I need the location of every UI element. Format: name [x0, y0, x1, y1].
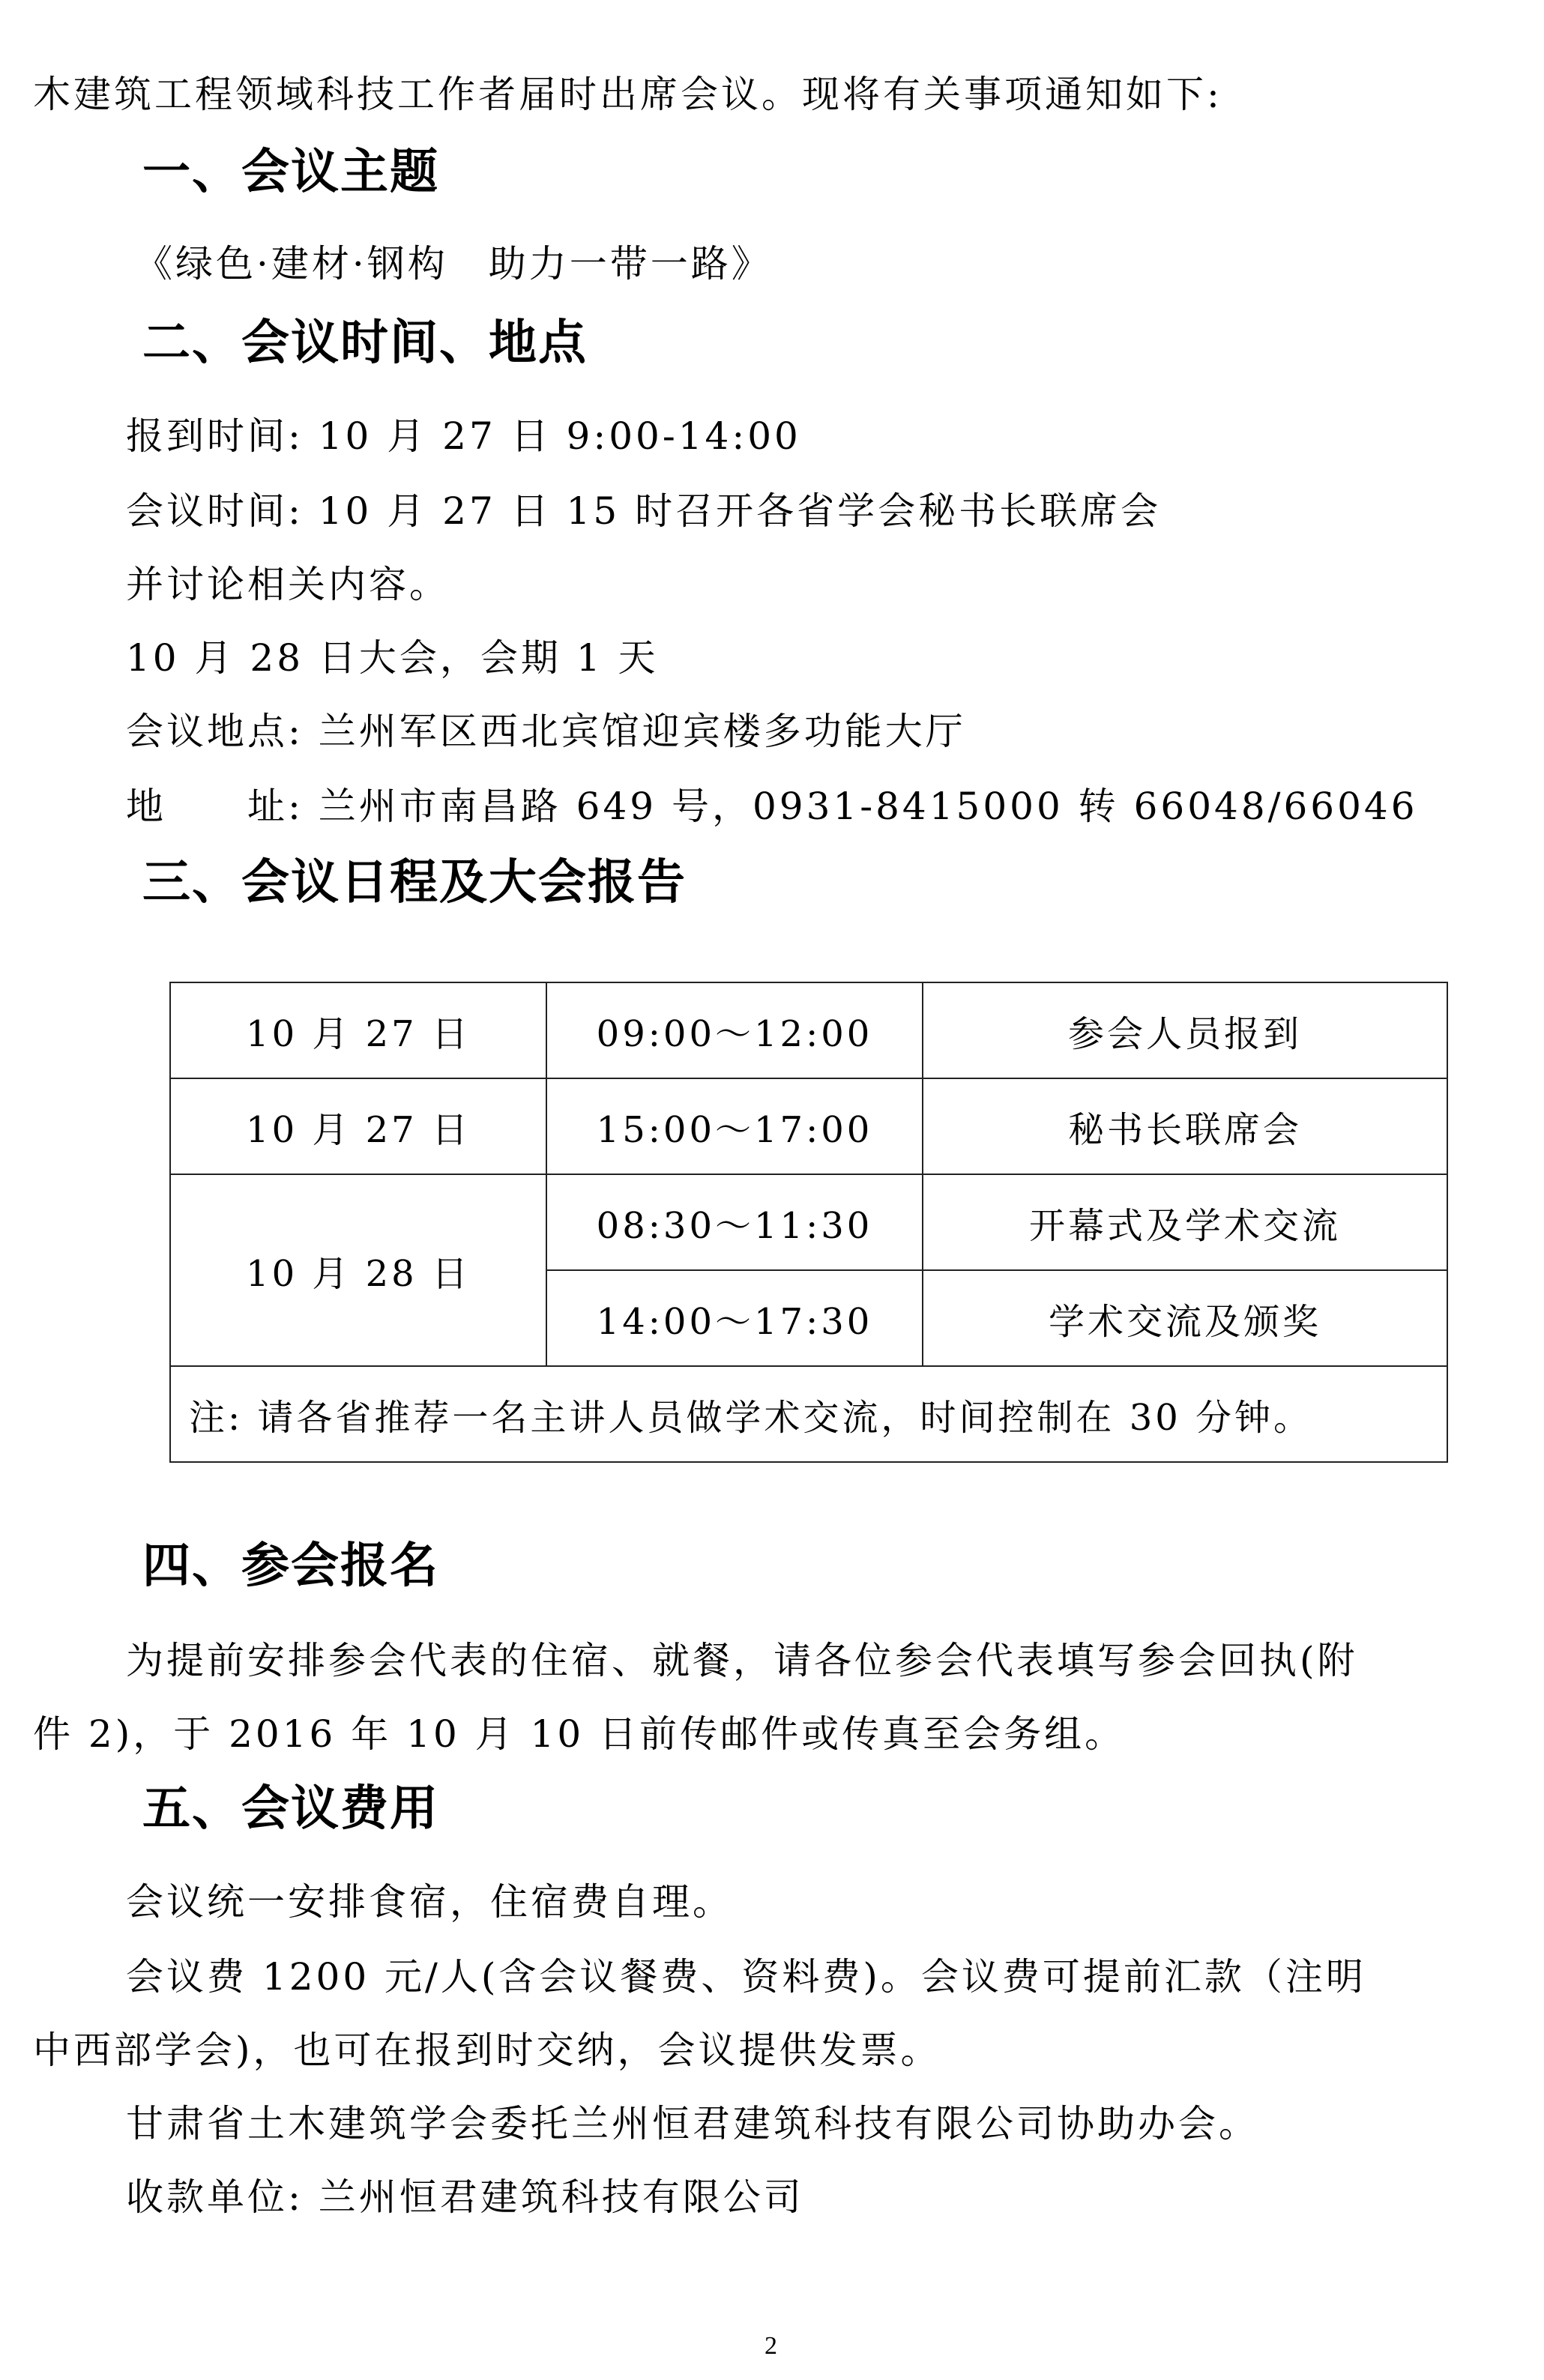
conference-theme: 《绿色·建材·钢构 助力一带一路》 — [135, 241, 772, 286]
time-cell: 09:00～12:00 — [546, 982, 923, 1078]
event-cell: 参会人员报到 — [923, 982, 1447, 1078]
table-note-row: 注: 请各省推荐一名主讲人员做学术交流，时间控制在 30 分钟。 — [170, 1366, 1447, 1462]
main-meeting-date: 10 月 28 日大会，会期 1 天 — [126, 635, 659, 680]
event-cell: 学术交流及颁奖 — [923, 1270, 1447, 1366]
fees-line3: 中西部学会)，也可在报到时交纳，会议提供发票。 — [33, 2028, 941, 2073]
meeting-time: 会议时间: 10 月 27 日 15 时召开各省学会秘书长联席会 — [126, 489, 1161, 534]
time-cell: 14:00～17:30 — [546, 1270, 923, 1366]
fees-line2: 会议费 1200 元/人(含会议餐费、资料费)。会议费可提前汇款（注明 — [126, 1954, 1366, 1999]
event-cell: 秘书长联席会 — [923, 1078, 1447, 1174]
section-heading-schedule: 三、会议日程及大会报告 — [142, 854, 687, 911]
fees-line4: 甘肃省土木建筑学会委托兰州恒君建筑科技有限公司协助办会。 — [126, 2101, 1259, 2146]
date-cell: 10 月 27 日 — [170, 982, 546, 1078]
page-number: 2 — [765, 2332, 777, 2361]
registration-para-line2: 件 2)，于 2016 年 10 月 10 日前传邮件或传真至会务组。 — [33, 1712, 1125, 1757]
schedule-table: 10 月 27 日 09:00～12:00 参会人员报到 10 月 27 日 1… — [169, 982, 1448, 1463]
meeting-venue: 会议地点: 兰州军区西北宾馆迎宾楼多功能大厅 — [126, 709, 966, 754]
time-cell: 15:00～17:00 — [546, 1078, 923, 1174]
table-row: 10 月 27 日 09:00～12:00 参会人员报到 — [170, 982, 1447, 1078]
fees-line1: 会议统一安排食宿，住宿费自理。 — [126, 1879, 733, 1924]
meeting-time-cont: 并讨论相关内容。 — [126, 562, 450, 607]
payee-line: 收款单位: 兰州恒君建筑科技有限公司 — [126, 2175, 804, 2220]
section-heading-fees: 五、会议费用 — [142, 1781, 439, 1837]
time-cell: 08:30～11:30 — [546, 1174, 923, 1270]
date-cell: 10 月 27 日 — [170, 1078, 546, 1174]
registration-time: 报到时间: 10 月 27 日 9:00-14:00 — [126, 414, 801, 459]
venue-address: 地 址: 兰州市南昌路 649 号，0931-8415000 转 66048/6… — [126, 784, 1418, 829]
table-row: 10 月 28 日 08:30～11:30 开幕式及学术交流 — [170, 1174, 1447, 1270]
section-heading-time-place: 二、会议时间、地点 — [142, 315, 588, 372]
section-heading-registration: 四、参会报名 — [142, 1538, 439, 1595]
table-row: 10 月 27 日 15:00～17:00 秘书长联席会 — [170, 1078, 1447, 1174]
event-cell: 开幕式及学术交流 — [923, 1174, 1447, 1270]
table-note: 注: 请各省推荐一名主讲人员做学术交流，时间控制在 30 分钟。 — [170, 1366, 1447, 1462]
intro-line: 木建筑工程领域科技工作者届时出席会议。现将有关事项通知如下: — [33, 72, 1222, 117]
registration-para-line1: 为提前安排参会代表的住宿、就餐，请各位参会代表填写参会回执(附 — [126, 1638, 1358, 1683]
section-heading-theme: 一、会议主题 — [142, 144, 439, 201]
date-cell: 10 月 28 日 — [170, 1174, 546, 1366]
